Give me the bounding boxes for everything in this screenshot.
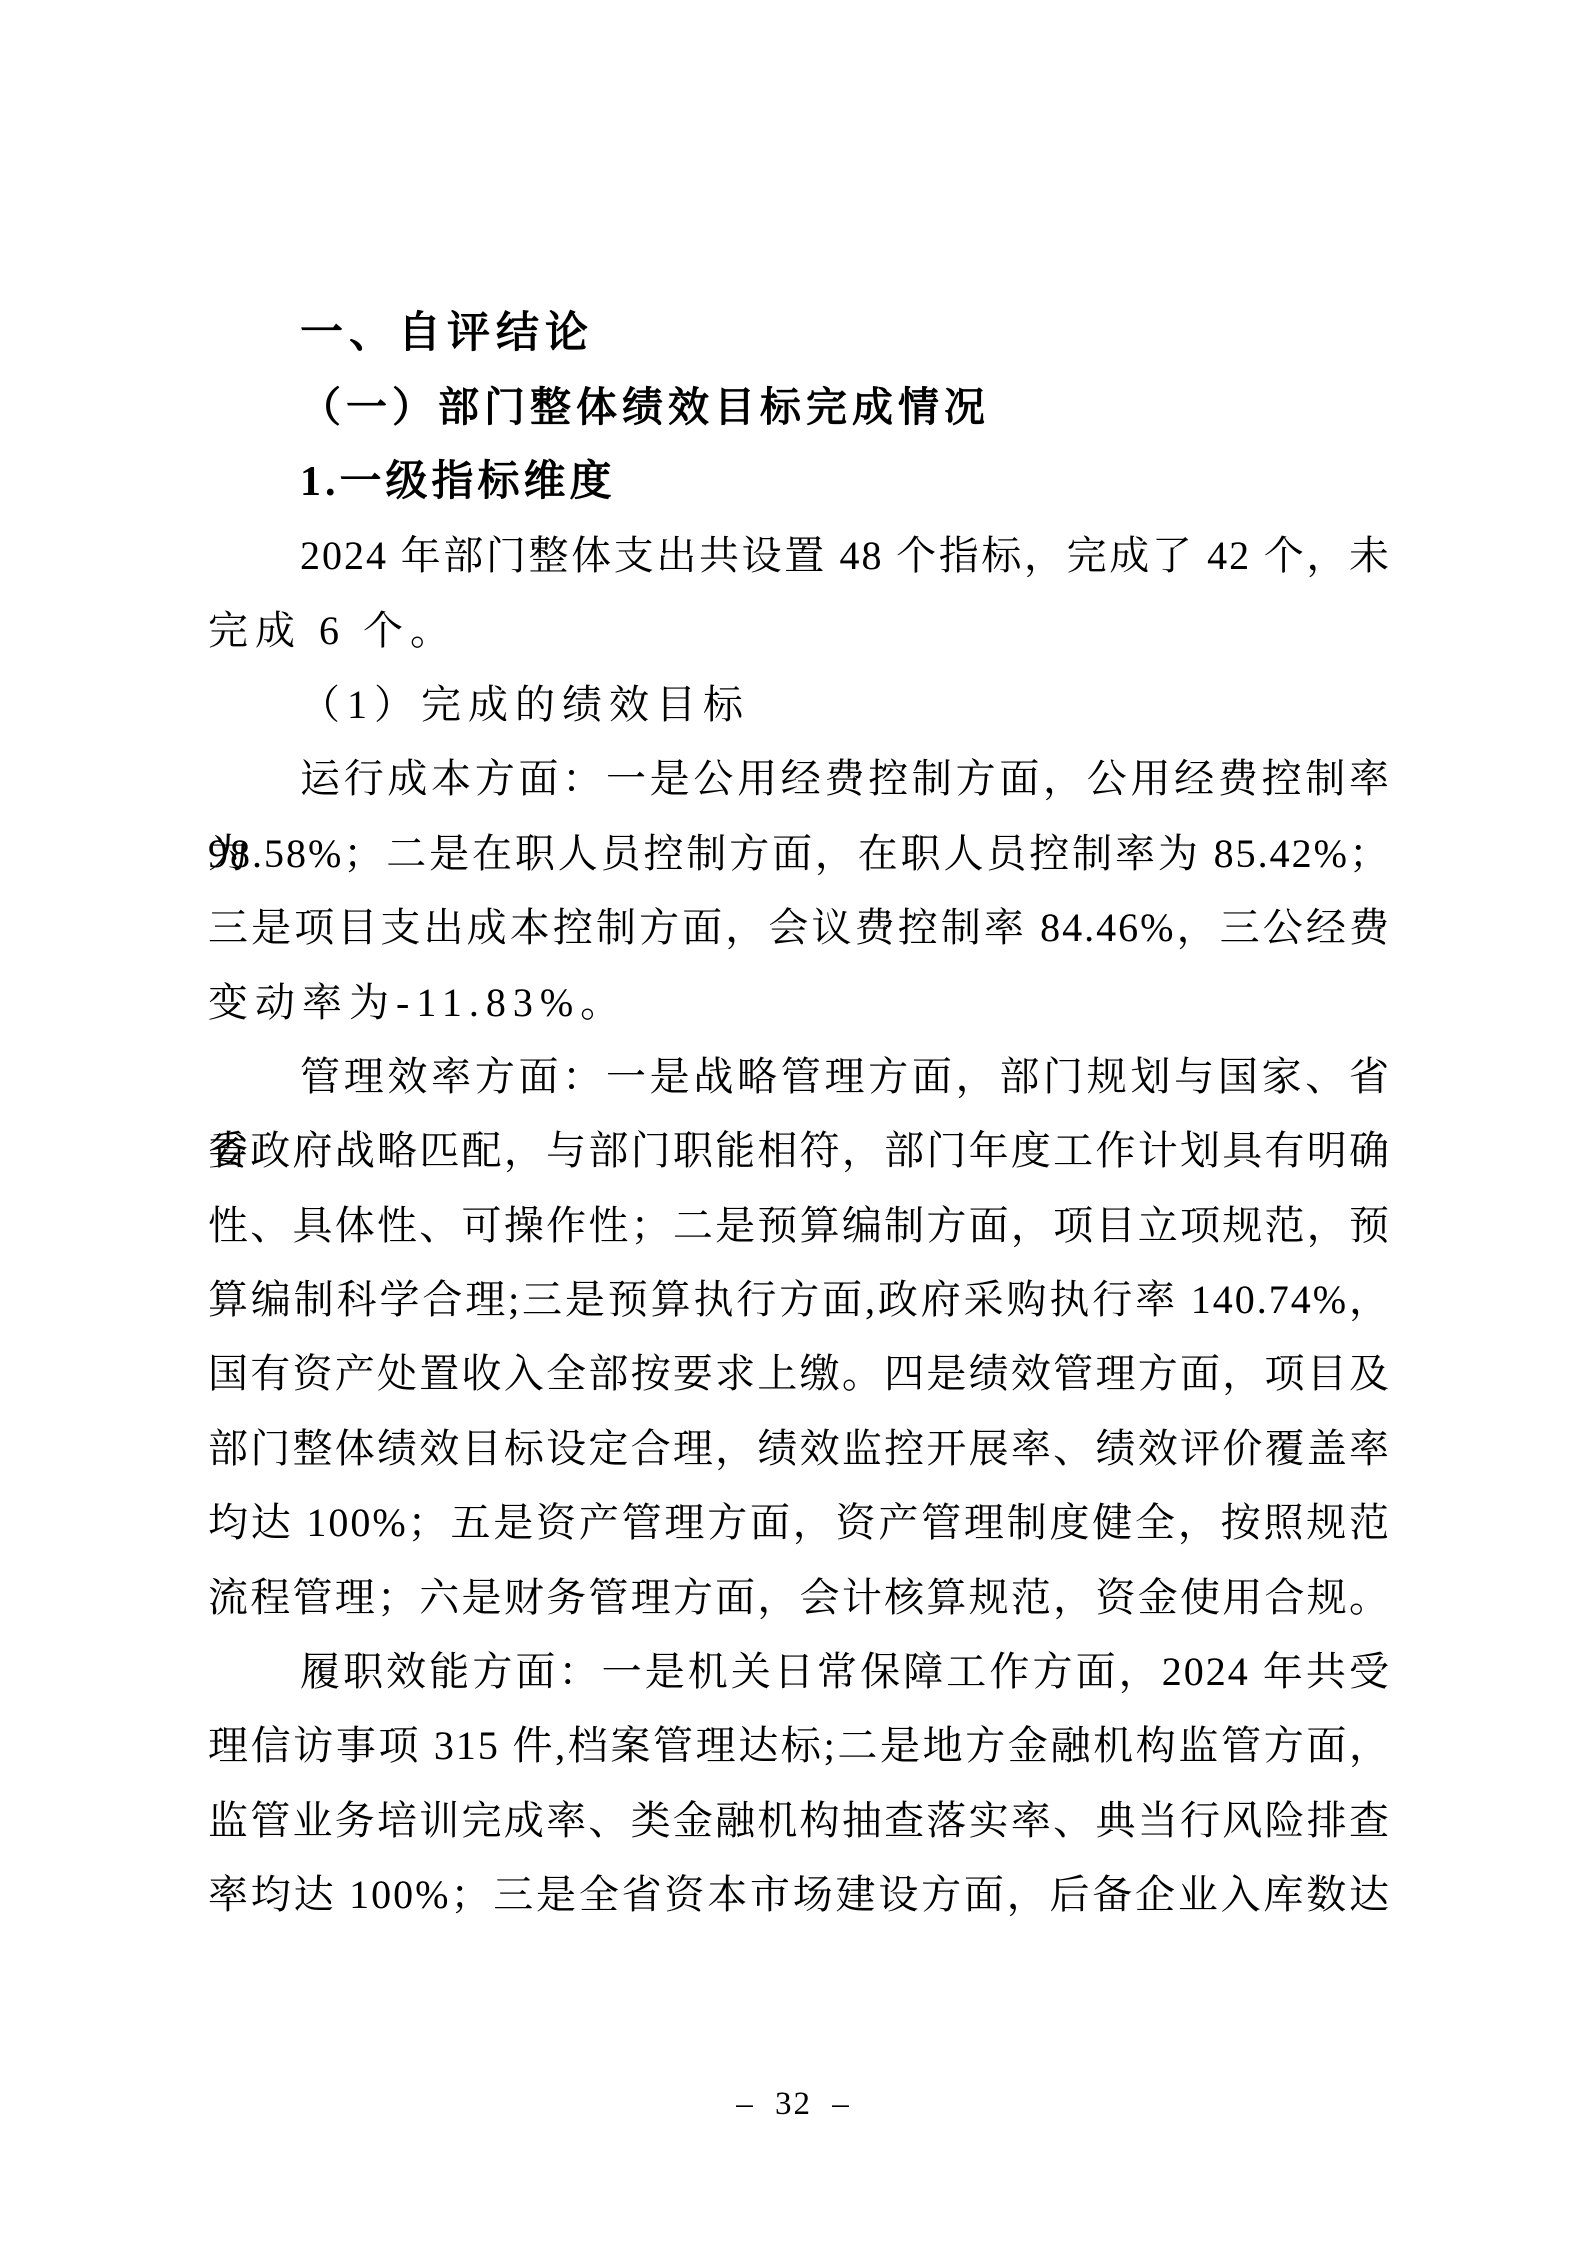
body-text-line: 理信访事项 315 件,档案管理达标;二是地方金融机构监管方面， <box>208 1709 1391 1783</box>
body-text-line: 履职效能方面：一是机关日常保障工作方面，2024 年共受 <box>208 1635 1391 1709</box>
body-text-line: 算编制科学合理;三是预算执行方面,政府采购执行率 140.74%， <box>208 1263 1391 1337</box>
document-page: 一、自评结论（一）部门整体绩效目标完成情况1.一级指标维度2024 年部门整体支… <box>0 0 1587 2245</box>
body-text-line: 98.58%；二是在职人员控制方面，在职人员控制率为 85.42%； <box>208 817 1391 891</box>
body-text-line: 完成 6 个。 <box>208 594 1391 668</box>
body-text-line: 三是项目支出成本控制方面，会议费控制率 84.46%，三公经费 <box>208 891 1391 965</box>
body-text-line: 部门整体绩效目标设定合理，绩效监控开展率、绩效评价覆盖率 <box>208 1412 1391 1486</box>
body-text-line: （1）完成的绩效目标 <box>208 668 1391 742</box>
section-heading: 一、自评结论 <box>208 296 1391 370</box>
body-text-line: 国有资产处置收入全部按要求上缴。四是绩效管理方面，项目及 <box>208 1337 1391 1411</box>
page-number: – 32 – <box>736 2086 851 2122</box>
body-text-line: 2024 年部门整体支出共设置 48 个指标，完成了 42 个，未 <box>208 519 1391 593</box>
body-text-line: 管理效率方面：一是战略管理方面，部门规划与国家、省委 <box>208 1040 1391 1114</box>
body-text-line: 监管业务培训完成率、类金融机构抽查落实率、典当行风险排查 <box>208 1784 1391 1858</box>
body-text-line: 流程管理；六是财务管理方面，会计核算规范，资金使用合规。 <box>208 1561 1391 1635</box>
body-text-line: 性、具体性、可操作性；二是预算编制方面，项目立项规范，预 <box>208 1189 1391 1263</box>
subsection-heading: （一）部门整体绩效目标完成情况 <box>208 370 1391 444</box>
body-text-line: 省政府战略匹配，与部门职能相符，部门年度工作计划具有明确 <box>208 1114 1391 1188</box>
body-text-line: 变动率为-11.83%。 <box>208 966 1391 1040</box>
body-text-line: 运行成本方面：一是公用经费控制方面，公用经费控制率为 <box>208 742 1391 816</box>
page-footer: – 32 – <box>0 2086 1587 2123</box>
body-text-line: 率均达 100%；三是全省资本市场建设方面，后备企业入库数达 <box>208 1858 1391 1932</box>
body-text-line: 均达 100%；五是资产管理方面，资产管理制度健全，按照规范 <box>208 1486 1391 1560</box>
document-text-block: 一、自评结论（一）部门整体绩效目标完成情况1.一级指标维度2024 年部门整体支… <box>208 296 1391 1933</box>
numbered-heading: 1.一级指标维度 <box>208 445 1391 519</box>
